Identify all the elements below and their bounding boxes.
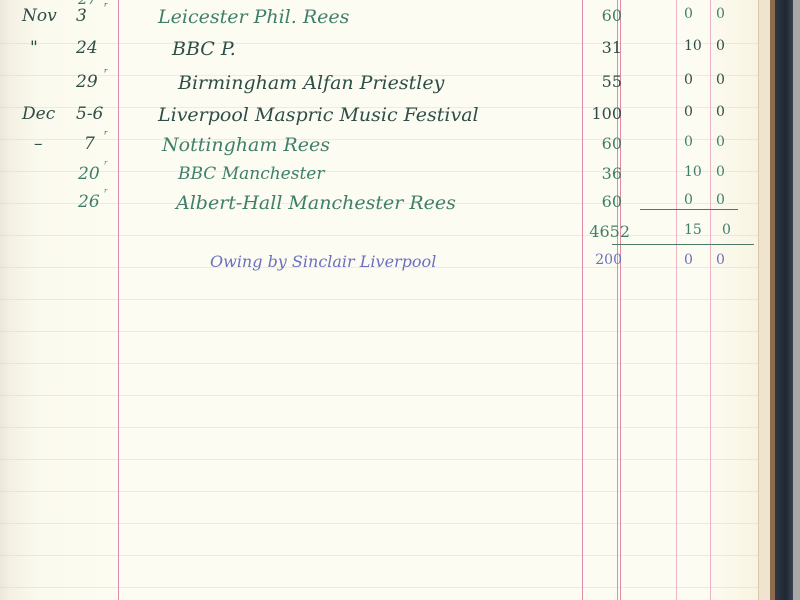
entry-description: Liverpool Maspric Music Festival [158, 104, 479, 126]
total-row: 4652 15 0 [0, 222, 760, 250]
entry-day: 3 [76, 6, 87, 26]
ledger-page: 27 Nov 3 ʳ Leicester Phil. Rees 60 0 0 "… [0, 0, 760, 600]
entry-day: 29 [76, 72, 98, 92]
entry-pence: 0 [716, 104, 725, 120]
check-mark-icon: ʳ [104, 186, 108, 199]
entry-shillings: 10 [684, 38, 702, 54]
note-shillings: 0 [684, 252, 693, 268]
entry-pounds: 55 [562, 72, 622, 91]
entry-day: 7 [84, 134, 95, 154]
note-pence: 0 [716, 252, 725, 268]
entry-pence: 0 [716, 6, 725, 22]
note-pounds: 200 [562, 252, 622, 268]
entry-shillings: 0 [684, 192, 693, 208]
entry-description: BBC Manchester [178, 164, 324, 184]
ledger-entry: – 7 ʳ Nottingham Rees 60 0 0 [0, 134, 760, 162]
entry-shillings: 0 [684, 134, 693, 150]
entry-pence: 0 [716, 38, 725, 54]
entry-shillings: 0 [684, 6, 693, 22]
entry-pounds: 36 [562, 164, 622, 183]
background-surface [793, 0, 800, 600]
ledger-entry: 29 ʳ Birmingham Alfan Priestley 55 0 0 [0, 72, 760, 100]
entry-description: Birmingham Alfan Priestley [178, 72, 444, 94]
entry-pence: 0 [716, 72, 725, 88]
entry-pounds: 60 [562, 6, 622, 25]
ledger-entry: 20 ʳ BBC Manchester 36 10 0 [0, 164, 760, 192]
entry-day: 20 [78, 164, 100, 184]
total-pence: 0 [722, 222, 731, 238]
entry-month: Dec [22, 104, 55, 124]
ledger-entry: 26 ʳ Albert-Hall Manchester Rees 60 0 0 [0, 192, 760, 220]
check-mark-icon: ʳ [104, 158, 108, 171]
total-rule [612, 244, 754, 245]
entry-pounds: 60 [562, 134, 622, 153]
entry-pounds: 60 [562, 192, 622, 211]
entry-description: Leicester Phil. Rees [158, 6, 349, 28]
entry-pounds: 100 [562, 104, 622, 123]
ledger-entry: Dec 5-6 Liverpool Maspric Music Festival… [0, 104, 760, 132]
entry-month: – [34, 134, 43, 154]
note-description: Owing by Sinclair Liverpool [210, 252, 436, 271]
entry-pence: 0 [716, 192, 725, 208]
ledger-entry: Nov 3 ʳ Leicester Phil. Rees 60 0 0 [0, 6, 760, 34]
entry-day: 5-6 [76, 104, 103, 124]
check-mark-icon: ʳ [104, 66, 108, 79]
check-mark-icon: ʳ [104, 128, 108, 141]
ledger-entry: " 24 BBC P. 31 10 0 [0, 38, 760, 66]
entry-pence: 0 [716, 164, 725, 180]
entry-description: BBC P. [172, 38, 236, 60]
entry-month: Nov [22, 6, 57, 26]
check-mark-icon: ʳ [104, 0, 108, 13]
book-spine [775, 0, 793, 600]
total-pounds: 4652 [560, 222, 630, 241]
total-shillings: 15 [684, 222, 702, 238]
entry-description: Nottingham Rees [162, 134, 330, 156]
entry-month: " [30, 38, 38, 58]
entry-description: Albert-Hall Manchester Rees [176, 192, 456, 214]
entry-day: 26 [78, 192, 100, 212]
entry-shillings: 0 [684, 104, 693, 120]
entry-shillings: 0 [684, 72, 693, 88]
entry-pounds: 31 [562, 38, 622, 57]
entry-pence: 0 [716, 134, 725, 150]
entry-shillings: 10 [684, 164, 702, 180]
subtotal-rule [640, 209, 738, 210]
entry-day: 24 [76, 38, 98, 58]
note-row: Owing by Sinclair Liverpool 200 0 0 [0, 252, 760, 280]
